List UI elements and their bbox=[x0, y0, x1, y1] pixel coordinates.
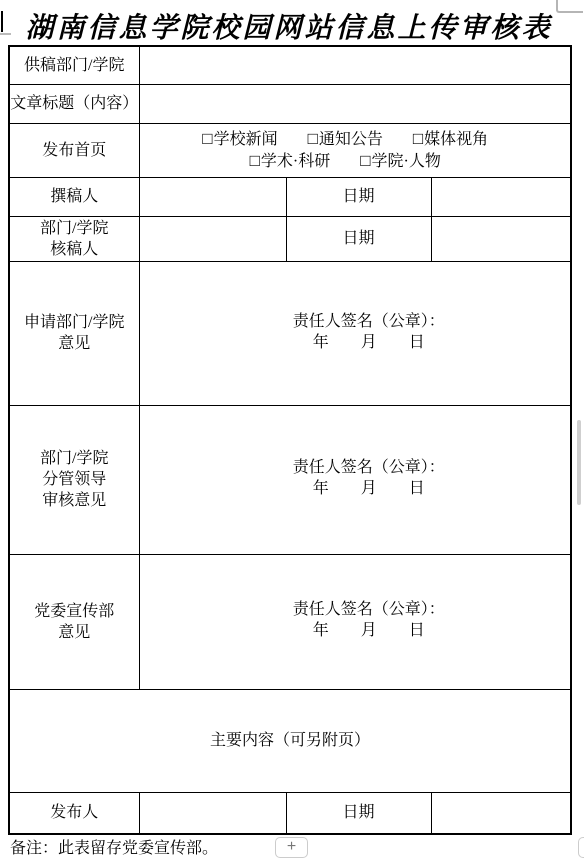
signature-date-line: 年 月 日 bbox=[168, 332, 571, 353]
propaganda-opinion-label-line1: 党委宣传部 bbox=[10, 601, 139, 622]
writer-date-label: 日期 bbox=[286, 177, 431, 216]
main-content-cell[interactable]: 主要内容（可另附页） bbox=[9, 689, 571, 792]
propaganda-opinion-signature-cell[interactable]: 责任人签名（公章）： 年 月 日 bbox=[139, 554, 571, 689]
publish-home-label: 发布首页 bbox=[9, 123, 139, 177]
row-writer: 撰稿人 日期 bbox=[9, 177, 571, 216]
row-main-content: 主要内容（可另附页） bbox=[9, 689, 571, 792]
signature-line: 责任人签名（公章）： bbox=[168, 457, 571, 478]
publisher-label: 发布人 bbox=[9, 792, 139, 834]
writer-input-cell[interactable] bbox=[139, 177, 286, 216]
signature-line: 责任人签名（公章）： bbox=[168, 599, 571, 620]
review-form-table: 供稿部门/学院 文章标题（内容） 发布首页 □学校新闻 □通知公告 □媒体视角 … bbox=[8, 45, 572, 835]
leader-opinion-signature-cell[interactable]: 责任人签名（公章）： 年 月 日 bbox=[139, 405, 571, 554]
checkbox-label: 通知公告 bbox=[319, 131, 383, 148]
writer-date-input-cell[interactable] bbox=[431, 177, 571, 216]
publisher-date-input-cell[interactable] bbox=[431, 792, 571, 834]
apply-opinion-label-line2: 意见 bbox=[10, 333, 139, 354]
signature-line: 责任人签名（公章）： bbox=[168, 311, 571, 332]
checkbox-icon: □ bbox=[308, 129, 318, 148]
row-article-title: 文章标题（内容） bbox=[9, 84, 571, 123]
checkbox-line-2: □学术·科研 □学院·人物 bbox=[147, 150, 571, 172]
apply-opinion-label-line1: 申请部门/学院 bbox=[10, 312, 139, 333]
row-leader-opinion: 部门/学院 分管领导 审核意见 责任人签名（公章）： 年 月 日 bbox=[9, 405, 571, 554]
leader-opinion-label: 部门/学院 分管领导 审核意见 bbox=[9, 405, 139, 554]
bottom-right-button-fragment[interactable] bbox=[578, 837, 584, 858]
checkbox-label: 学院·人物 bbox=[372, 153, 441, 170]
checkbox-option-media-view[interactable]: □媒体视角 bbox=[413, 131, 488, 148]
publisher-input-cell[interactable] bbox=[139, 792, 286, 834]
leader-opinion-label-line2: 分管领导 bbox=[10, 469, 139, 490]
article-title-label: 文章标题（内容） bbox=[9, 84, 139, 123]
checkbox-option-college-people[interactable]: □学院·人物 bbox=[360, 153, 441, 170]
signature-date-line: 年 月 日 bbox=[168, 478, 571, 499]
row-publish-home: 发布首页 □学校新闻 □通知公告 □媒体视角 □学术·科研 □学院·人物 bbox=[9, 123, 571, 177]
checkbox-option-academic-research[interactable]: □学术·科研 bbox=[250, 153, 331, 170]
dept-reviewer-input-cell[interactable] bbox=[139, 216, 286, 261]
dept-reviewer-label: 部门/学院 核稿人 bbox=[9, 216, 139, 261]
checkbox-option-notice[interactable]: □通知公告 bbox=[308, 131, 383, 148]
row-dept-reviewer: 部门/学院 核稿人 日期 bbox=[9, 216, 571, 261]
publisher-date-label: 日期 bbox=[286, 792, 431, 834]
apply-opinion-signature-cell[interactable]: 责任人签名（公章）： 年 月 日 bbox=[139, 261, 571, 405]
scrollbar-thumb[interactable] bbox=[577, 420, 581, 505]
checkbox-label: 媒体视角 bbox=[424, 131, 488, 148]
row-propaganda-opinion: 党委宣传部 意见 责任人签名（公章）： 年 月 日 bbox=[9, 554, 571, 689]
dept-reviewer-label-line1: 部门/学院 bbox=[10, 218, 139, 239]
propaganda-opinion-label-line2: 意见 bbox=[10, 622, 139, 643]
leader-opinion-label-line1: 部门/学院 bbox=[10, 448, 139, 469]
leader-opinion-label-line3: 审核意见 bbox=[10, 490, 139, 511]
dept-reviewer-date-input-cell[interactable] bbox=[431, 216, 571, 261]
writer-label: 撰稿人 bbox=[9, 177, 139, 216]
page-title: 湖南信息学院校园网站信息上传审核表 bbox=[8, 6, 570, 46]
supply-dept-label: 供稿部门/学院 bbox=[9, 46, 139, 84]
dept-reviewer-date-label: 日期 bbox=[286, 216, 431, 261]
left-page-edge-fragment bbox=[0, 11, 3, 32]
publish-home-options-cell: □学校新闻 □通知公告 □媒体视角 □学术·科研 □学院·人物 bbox=[139, 123, 571, 177]
row-supply-dept: 供稿部门/学院 bbox=[9, 46, 571, 84]
checkbox-label: 学术·科研 bbox=[261, 153, 330, 170]
checkbox-icon: □ bbox=[360, 151, 370, 170]
supply-dept-input-cell[interactable] bbox=[139, 46, 571, 84]
checkbox-icon: □ bbox=[250, 151, 260, 170]
apply-opinion-label: 申请部门/学院 意见 bbox=[9, 261, 139, 405]
main-content-label: 主要内容（可另附页） bbox=[210, 732, 370, 749]
checkbox-icon: □ bbox=[413, 129, 423, 148]
article-title-input-cell[interactable] bbox=[139, 84, 571, 123]
propaganda-opinion-label: 党委宣传部 意见 bbox=[9, 554, 139, 689]
checkbox-icon: □ bbox=[202, 129, 212, 148]
document-page: 湖南信息学院校园网站信息上传审核表 供稿部门/学院 文章标题（内容） 发布首页 … bbox=[0, 0, 584, 863]
dept-reviewer-label-line2: 核稿人 bbox=[10, 239, 139, 260]
checkbox-line-1: □学校新闻 □通知公告 □媒体视角 bbox=[147, 128, 571, 150]
add-button[interactable]: + bbox=[275, 837, 308, 858]
row-publisher: 发布人 日期 bbox=[9, 792, 571, 834]
checkbox-label: 学校新闻 bbox=[214, 131, 278, 148]
row-apply-opinion: 申请部门/学院 意见 责任人签名（公章）： 年 月 日 bbox=[9, 261, 571, 405]
footer-note: 备注：此表留存党委宣传部。 bbox=[10, 835, 218, 858]
checkbox-option-school-news[interactable]: □学校新闻 bbox=[202, 131, 277, 148]
signature-date-line: 年 月 日 bbox=[168, 620, 571, 641]
